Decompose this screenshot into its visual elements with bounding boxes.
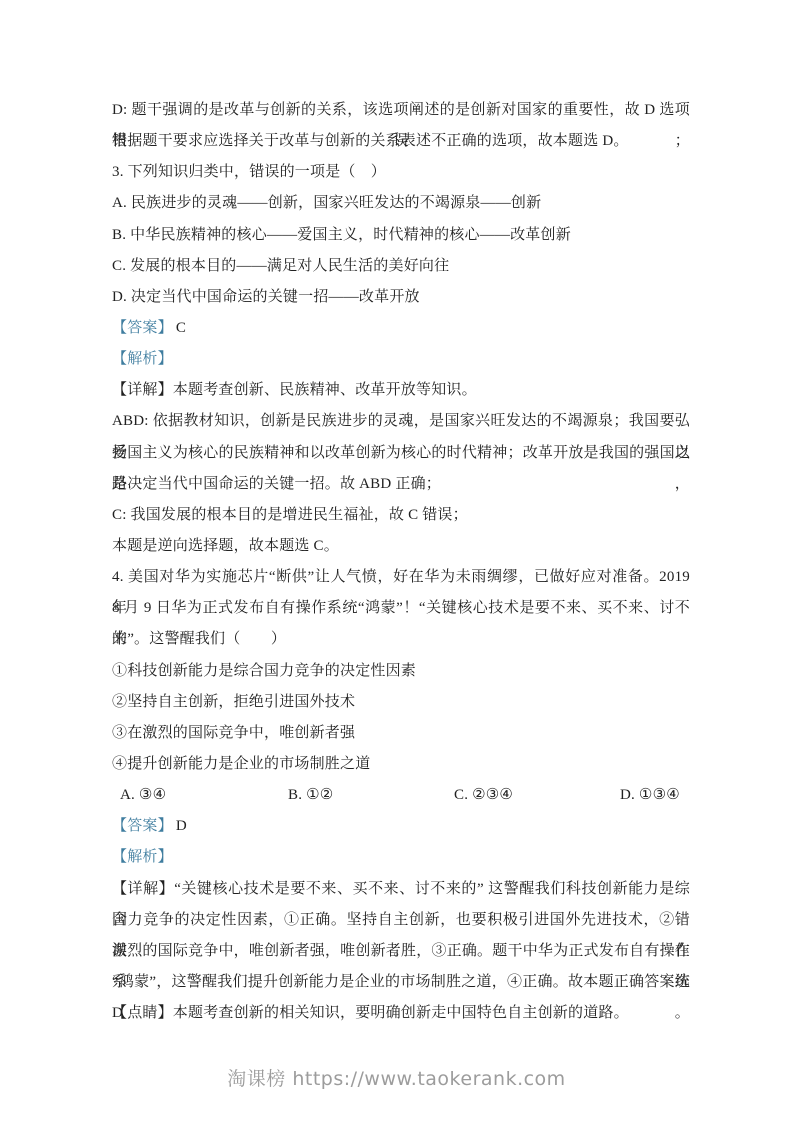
question-3-analysis-heading: 【解析】 (112, 344, 690, 375)
question-4-choice-a: A. ③④ (120, 780, 288, 811)
question-3-stem: 3. 下列知识归类中，错误的一项是（ ） (112, 157, 690, 188)
question-4-statement-3: ③在激烈的国际竞争中，唯创新者强 (112, 718, 690, 749)
question-4-choice-c: C. ②③④ (454, 780, 620, 811)
answer-value: C (176, 320, 186, 336)
q2-explanation-line-2: 根据题干要求应选择关于改革与创新的关系表述不正确的选项，故本题选 D。 (112, 126, 690, 157)
question-4-analysis-heading: 【解析】 (112, 842, 690, 873)
answer-label: 【答案】 (112, 320, 173, 336)
question-4-tip-line: 【点睛】本题考查创新的相关知识，要明确创新走中国特色自主创新的道路。 (112, 998, 690, 1029)
question-4-statement-1: ①科技创新能力是综合国力竞争的决定性因素 (112, 656, 690, 687)
answer-label: 【答案】 (112, 818, 173, 834)
question-3-answer-line: 【答案】C (112, 313, 690, 344)
question-4-choice-b: B. ①② (288, 780, 454, 811)
watermark-footer: 淘课榜 https://www.taokerank.com (0, 1064, 793, 1091)
question-3-analysis-line-6: 本题是逆向选择题，故本题选 C。 (112, 531, 690, 562)
question-4-analysis-line-1: 【详解】“关键核心技术是要不来、买不来、讨不来的” 这警醒我们科技创新能力是综合 (112, 874, 690, 905)
question-4-choices-row: A. ③④ B. ①② C. ②③④ D. ①③④ (112, 780, 690, 811)
question-3-analysis-line-2: ABD: 依据教材知识，创新是民族进步的灵魂，是国家兴旺发达的不竭源泉；我国要弘… (112, 406, 690, 437)
analysis-label: 【解析】 (112, 351, 173, 367)
question-4-analysis-line-3: 激烈的国际竞争中，唯创新者强，唯创新者胜，③正确。题干中华为正式发布自有操作系统 (112, 936, 690, 967)
question-3-option-d: D. 决定当代中国命运的关键一招——改革开放 (112, 282, 690, 313)
question-4-stem-line-1: 4. 美国对华为实施芯片“断供”让人气愤，好在华为未雨绸缪，已做好应对准备。20… (112, 562, 690, 593)
question-3-option-c: C. 发展的根本目的——满足对人民生活的美好向往 (112, 251, 690, 282)
analysis-label: 【解析】 (112, 849, 173, 865)
question-4-statement-2: ②坚持自主创新，拒绝引进国外技术 (112, 687, 690, 718)
question-4-stem-line-2: 8 月 9 日华为正式发布自有操作系统“鸿蒙”！“关键核心技术是要不来、买不来、… (112, 593, 690, 624)
question-4-choice-d: D. ①③④ (620, 780, 690, 811)
question-4-stem-line-3: 的”。这警醒我们（ ） (112, 624, 690, 655)
question-3-option-a: A. 民族进步的灵魂——创新，国家兴旺发达的不竭源泉——创新 (112, 188, 690, 219)
question-3-analysis-line-1: 【详解】本题考查创新、民族精神、改革开放等知识。 (112, 375, 690, 406)
answer-value: D (176, 818, 187, 834)
document-content: D: 题干强调的是改革与创新的关系，该选项阐述的是创新对国家的重要性，故 D 选… (112, 95, 690, 1029)
question-4-answer-line: 【答案】D (112, 811, 690, 842)
question-3-analysis-line-3: 爱国主义为核心的民族精神和以改革创新为核心的时代精神；改革开放是我国的强国之路， (112, 438, 690, 469)
document-page: D: 题干强调的是改革与创新的关系，该选项阐述的是创新对国家的重要性，故 D 选… (0, 0, 793, 1122)
q2-explanation-line-1: D: 题干强调的是改革与创新的关系，该选项阐述的是创新对国家的重要性，故 D 选… (112, 95, 690, 126)
question-4-statement-4: ④提升创新能力是企业的市场制胜之道 (112, 749, 690, 780)
question-3-option-b: B. 中华民族精神的核心——爱国主义，时代精神的核心——改革创新 (112, 220, 690, 251)
question-4-analysis-line-2: 国力竞争的决定性因素，①正确。坚持自主创新，也要积极引进国外先进技术，②错误。在 (112, 905, 690, 936)
question-4-analysis-line-4: “鸿蒙”，这警醒我们提升创新能力是企业的市场制胜之道，④正确。故本题正确答案选 … (112, 967, 690, 998)
question-3-analysis-line-5: C: 我国发展的根本目的是增进民生福祉，故 C 错误； (112, 500, 690, 531)
